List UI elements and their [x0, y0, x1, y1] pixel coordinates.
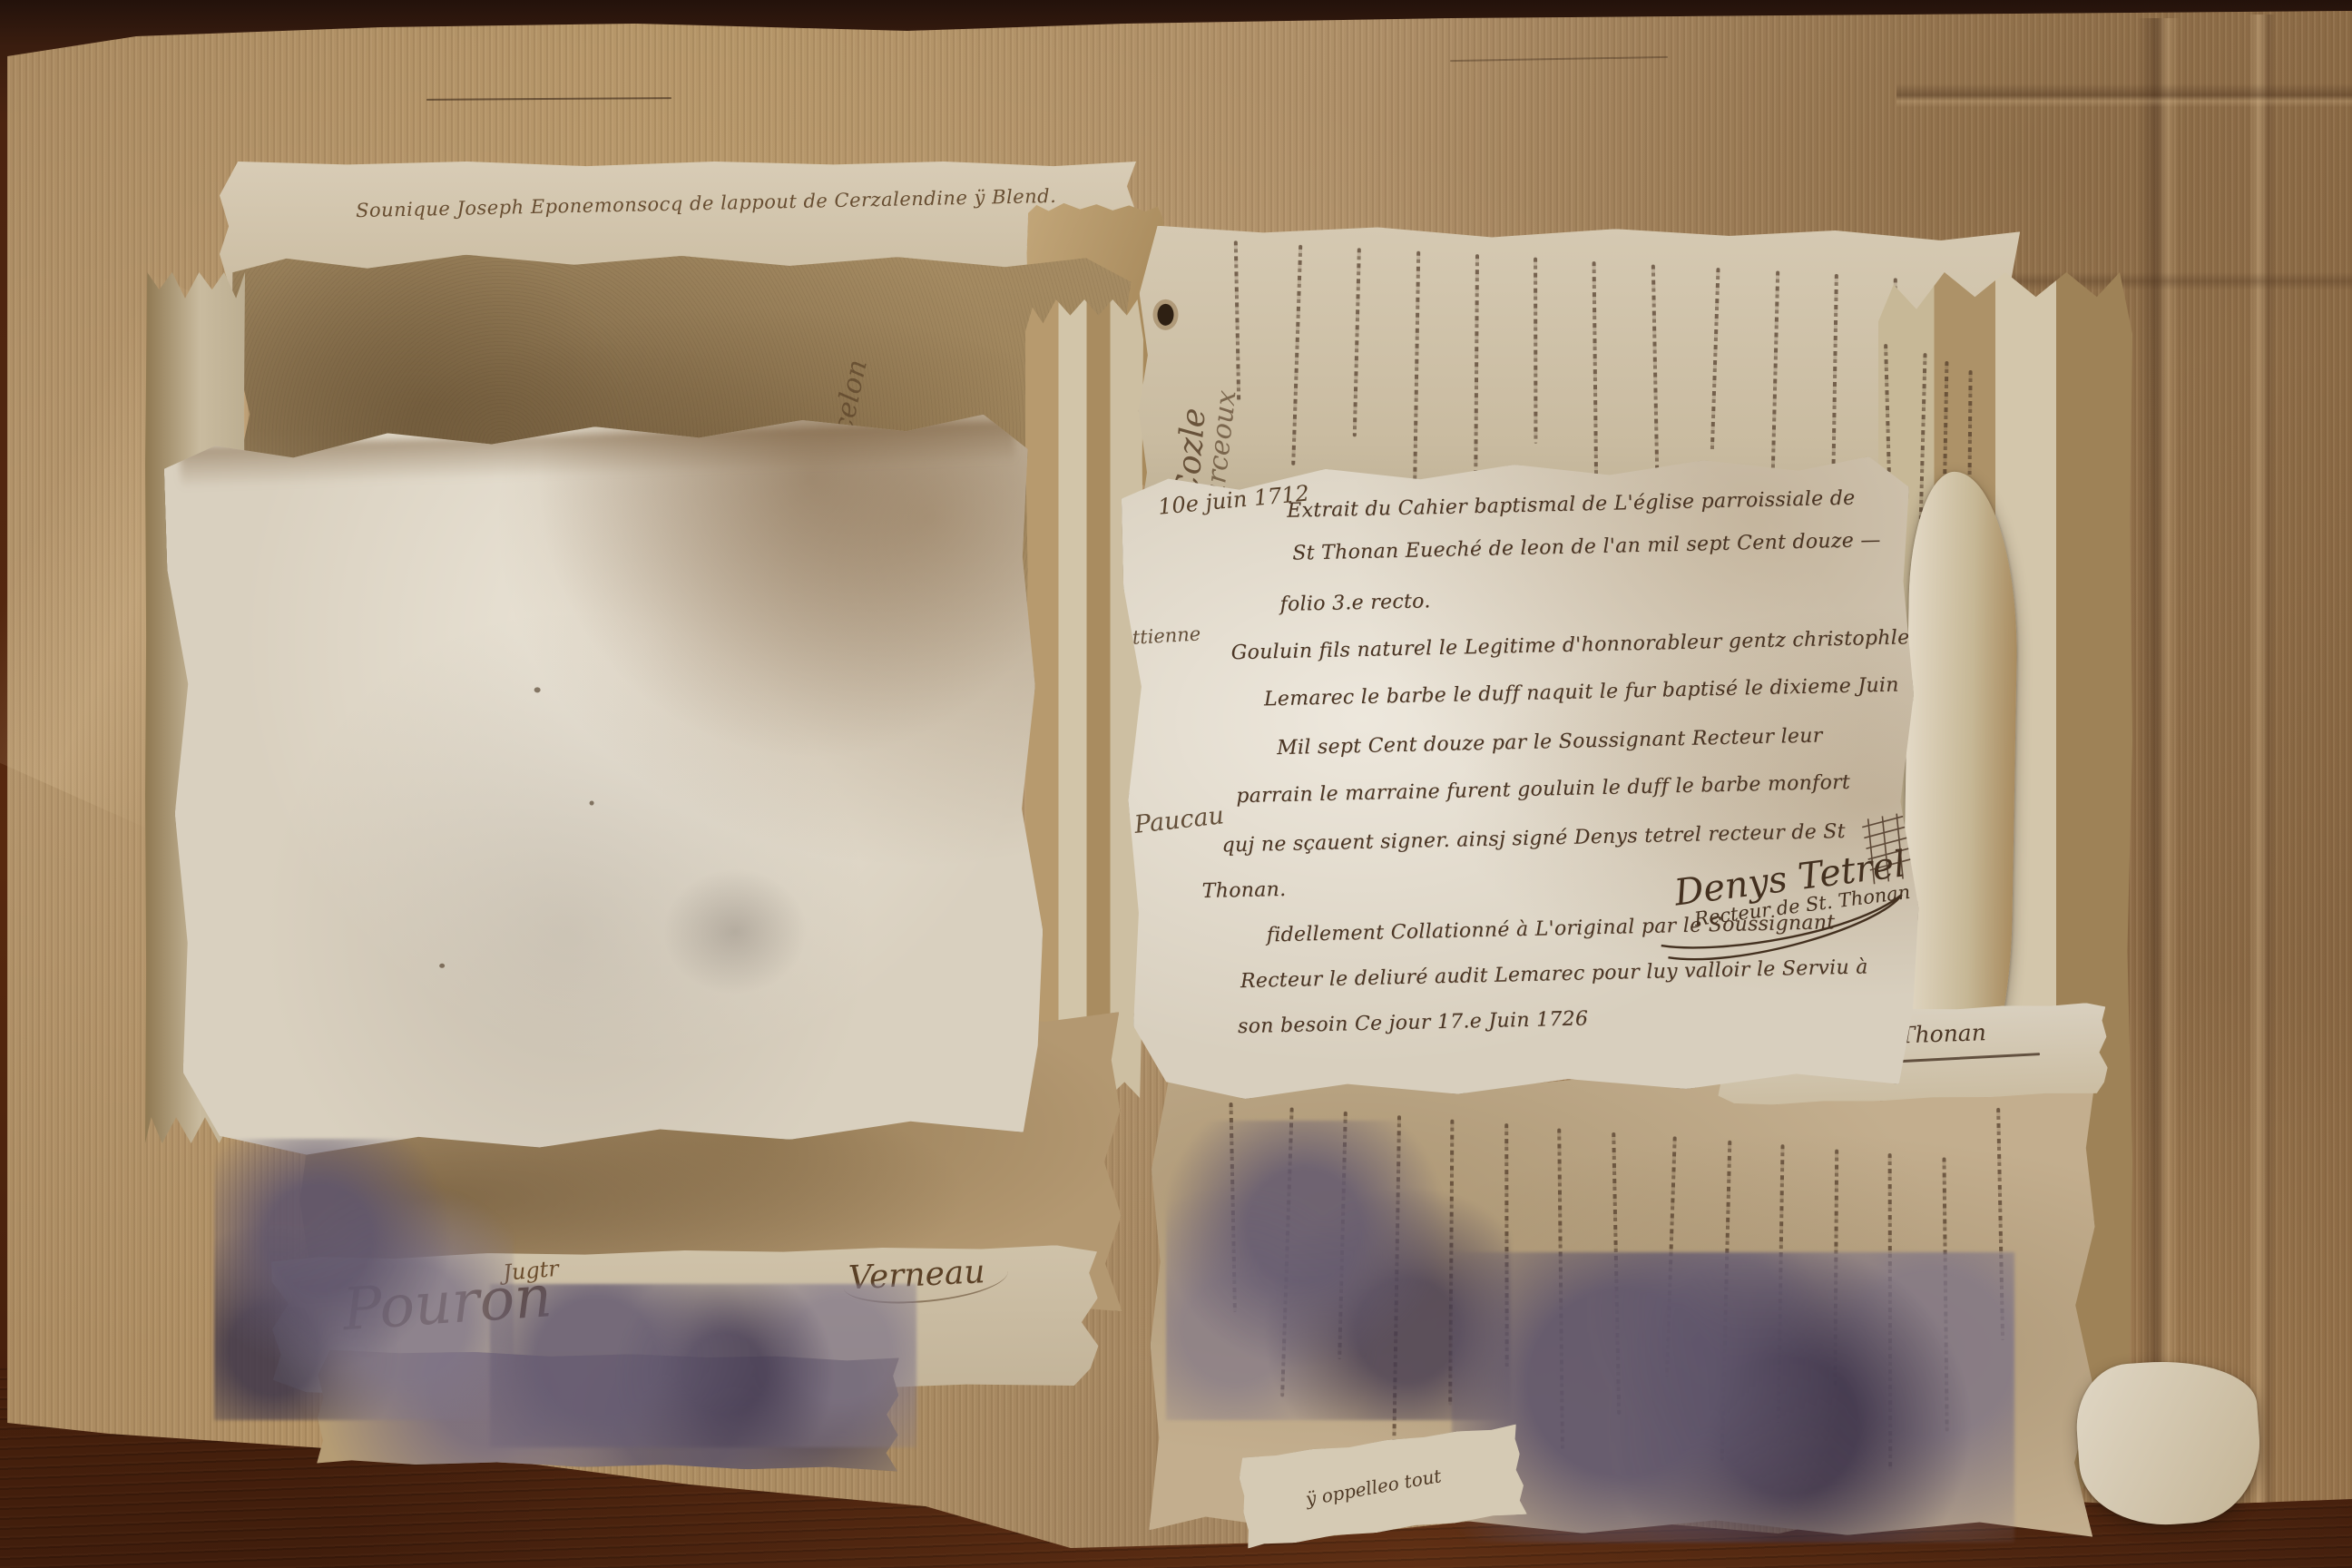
margin-note: Paucau	[1133, 801, 1226, 839]
left-stack-page-edges	[1025, 299, 1143, 1098]
worm-hole	[1157, 304, 1173, 326]
manuscript-line: Extrait du Cahier baptismal de L'église …	[1287, 487, 1856, 523]
illegible-script-column	[1234, 241, 1240, 401]
manuscript-line: Gouluin fils naturel le Legitime d'honno…	[1230, 626, 1909, 664]
illegible-script-column	[1412, 251, 1419, 501]
mold-patch	[1452, 1252, 2014, 1543]
manuscript-line: quj ne sçauent signer. ainsj signé Denys…	[1221, 820, 1846, 857]
illegible-script-column	[1651, 264, 1660, 479]
ink-speck	[534, 687, 540, 692]
manuscript-line: son besoin Ce jour 17.e Juin 1726	[1238, 1007, 1589, 1038]
manuscript-line: Lemarec le barbe le duff naquit le fur b…	[1264, 674, 1899, 711]
manuscript-line: folio 3.e recto.	[1279, 590, 1431, 616]
illegible-script-column	[1592, 261, 1599, 508]
mold-patch	[490, 1284, 916, 1447]
left-stack-header-inscription: Sounique Joseph Eponemonsocq de lappout …	[356, 185, 1057, 221]
baptismal-extract-document: 10e juin 1712 ettienne Paucau Extrait du…	[1121, 456, 1922, 1102]
manuscript-line: Recteur le deliuré audit Lemarec pour lu…	[1240, 955, 1868, 993]
illegible-script-column	[1710, 268, 1720, 451]
illegible-script-column	[1352, 248, 1360, 436]
scrap-line: ÿ oppelleo tout	[1304, 1465, 1443, 1510]
manuscript-line: St Thonan Eueché de leon de l'an mil sep…	[1292, 529, 1881, 565]
manuscript-line: parrain le marraine furent gouluin le du…	[1236, 771, 1850, 808]
manuscript-line: Mil sept Cent douze par le Soussignant R…	[1277, 724, 1823, 759]
illegible-script-column	[1291, 244, 1302, 465]
manuscript-line: Thonan.	[1201, 878, 1286, 903]
illegible-script-column	[1474, 254, 1479, 472]
illegible-script-column	[1534, 258, 1538, 444]
ink-speck	[589, 800, 593, 805]
blank-cream-sheet	[163, 413, 1049, 1159]
ink-speck	[439, 964, 445, 968]
illegible-script-column	[1831, 274, 1838, 486]
mold-patch	[214, 1139, 514, 1420]
photo-of-manuscripts: Sounique Joseph Eponemonsocq de lappout …	[0, 0, 2352, 1568]
